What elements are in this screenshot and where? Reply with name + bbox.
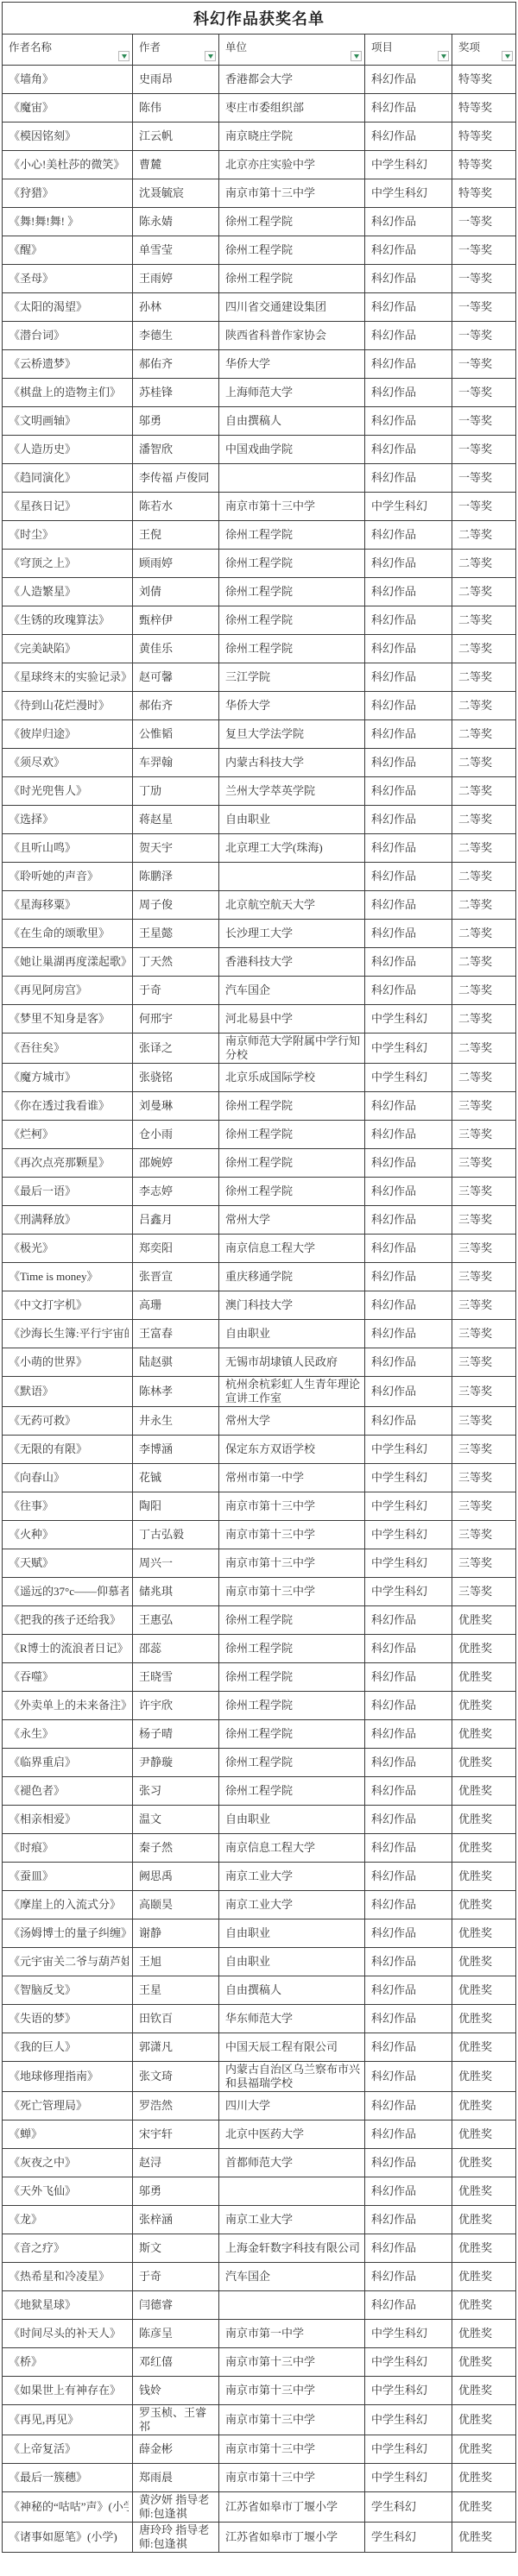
author-cell[interactable]: 郑奕阳: [133, 1235, 219, 1263]
award-cell[interactable]: 优胜奖: [452, 2149, 516, 2177]
org-cell[interactable]: 澳门科技大学: [219, 1291, 365, 1320]
award-cell[interactable]: 优胜奖: [452, 2492, 516, 2523]
award-cell[interactable]: 一等奖: [452, 265, 516, 293]
org-cell[interactable]: 北京乐成国际学校: [219, 1064, 365, 1092]
author-cell[interactable]: 斯文: [133, 2234, 219, 2263]
author-cell[interactable]: 沈聂毓宸: [133, 179, 219, 208]
project-cell[interactable]: 科幻作品: [365, 1606, 452, 1635]
author-cell[interactable]: 高颐昊: [133, 1891, 219, 1919]
org-cell[interactable]: 北京理工大学(珠海): [219, 834, 365, 863]
work-title-cell[interactable]: 《往事》: [3, 1492, 133, 1521]
work-title-cell[interactable]: 《舞!舞!舞! 》: [3, 208, 133, 236]
project-cell[interactable]: 科幻作品: [365, 920, 452, 948]
author-cell[interactable]: 尹静璇: [133, 1749, 219, 1777]
work-title-cell[interactable]: 《文明画轴》: [3, 407, 133, 436]
project-cell[interactable]: 科幻作品: [365, 863, 452, 891]
award-cell[interactable]: 三等奖: [452, 1263, 516, 1291]
project-cell[interactable]: 科幻作品: [365, 1976, 452, 2005]
author-cell[interactable]: 郭潇凡: [133, 2033, 219, 2062]
project-cell[interactable]: 科幻作品: [365, 1891, 452, 1919]
project-cell[interactable]: 科幻作品: [365, 1291, 452, 1320]
author-cell[interactable]: 陈林孝: [133, 1377, 219, 1407]
org-cell[interactable]: 南京市第十三中学: [219, 179, 365, 208]
award-cell[interactable]: 优胜奖: [452, 1948, 516, 1976]
award-cell[interactable]: 一等奖: [452, 236, 516, 265]
org-cell[interactable]: 自由职业: [219, 1919, 365, 1948]
work-title-cell[interactable]: 《热希星和冷凌星》: [3, 2263, 133, 2291]
author-cell[interactable]: 陆赵骐: [133, 1348, 219, 1377]
project-cell[interactable]: 科幻作品: [365, 663, 452, 692]
work-title-cell[interactable]: 《梦里不知身是客》: [3, 1005, 133, 1034]
work-title-cell[interactable]: 《最后一语》: [3, 1178, 133, 1206]
org-cell[interactable]: 常州市第一中学: [219, 1464, 365, 1492]
author-cell[interactable]: 李传福 卢俊同: [133, 464, 219, 493]
author-cell[interactable]: 史雨昂: [133, 66, 219, 94]
org-cell[interactable]: 自由撰稿人: [219, 1976, 365, 2005]
award-cell[interactable]: 三等奖: [452, 1521, 516, 1549]
work-title-cell[interactable]: 《地球修理指南》: [3, 2062, 133, 2092]
award-cell[interactable]: 三等奖: [452, 1320, 516, 1348]
work-title-cell[interactable]: 《中文打字机》: [3, 1291, 133, 1320]
author-cell[interactable]: 王富春: [133, 1320, 219, 1348]
author-cell[interactable]: 刘倩: [133, 578, 219, 606]
work-title-cell[interactable]: 《外卖单上的未来备注》: [3, 1692, 133, 1720]
project-cell[interactable]: 科幻作品: [365, 1092, 452, 1121]
award-cell[interactable]: 二等奖: [452, 806, 516, 834]
author-cell[interactable]: 张骁铭: [133, 1064, 219, 1092]
project-cell[interactable]: 中学生科幻: [365, 1492, 452, 1521]
org-cell[interactable]: 徐州工程学院: [219, 1149, 365, 1178]
award-cell[interactable]: 二等奖: [452, 692, 516, 720]
author-cell[interactable]: 黄汐妍 指导老师:包逢祺: [133, 2492, 219, 2523]
award-cell[interactable]: 优胜奖: [452, 2405, 516, 2435]
work-title-cell[interactable]: 《完美缺陷》: [3, 635, 133, 663]
work-title-cell[interactable]: 《我的巨人》: [3, 2033, 133, 2062]
project-cell[interactable]: 科幻作品: [365, 2149, 452, 2177]
award-cell[interactable]: 二等奖: [452, 749, 516, 777]
project-cell[interactable]: 中学生科幻: [365, 2435, 452, 2464]
work-title-cell[interactable]: 《潜台词》: [3, 322, 133, 350]
project-cell[interactable]: 学生科幻: [365, 2492, 452, 2523]
award-cell[interactable]: 优胜奖: [452, 1891, 516, 1919]
org-cell[interactable]: 长沙理工大学: [219, 920, 365, 948]
award-cell[interactable]: 优胜奖: [452, 1806, 516, 1834]
author-cell[interactable]: 陈伟: [133, 94, 219, 123]
work-title-cell[interactable]: 《无药可救》: [3, 1407, 133, 1436]
project-cell[interactable]: 科幻作品: [365, 578, 452, 606]
work-title-cell[interactable]: 《蝉》: [3, 2120, 133, 2149]
work-title-cell[interactable]: 《刑满释放》: [3, 1206, 133, 1235]
award-cell[interactable]: 一等奖: [452, 322, 516, 350]
author-cell[interactable]: 仓小雨: [133, 1121, 219, 1149]
work-title-cell[interactable]: 《汤姆博士的量子纠缠》: [3, 1919, 133, 1948]
org-cell[interactable]: 南京信息工程大学: [219, 1834, 365, 1863]
award-cell[interactable]: 三等奖: [452, 1407, 516, 1436]
work-title-cell[interactable]: 《吾往矣》: [3, 1034, 133, 1064]
work-title-cell[interactable]: 《再次点亮那颗星》: [3, 1149, 133, 1178]
award-cell[interactable]: 三等奖: [452, 1436, 516, 1464]
award-cell[interactable]: 优胜奖: [452, 2320, 516, 2348]
author-cell[interactable]: 薛金彬: [133, 2435, 219, 2464]
author-cell[interactable]: 王惠弘: [133, 1606, 219, 1635]
filter-button-organization[interactable]: [351, 51, 362, 61]
author-cell[interactable]: 王星懿: [133, 920, 219, 948]
org-cell[interactable]: 南京市第十三中学: [219, 2377, 365, 2405]
award-cell[interactable]: 优胜奖: [452, 1919, 516, 1948]
award-cell[interactable]: 一等奖: [452, 293, 516, 322]
award-cell[interactable]: 二等奖: [452, 550, 516, 578]
project-cell[interactable]: 科幻作品: [365, 94, 452, 123]
org-cell[interactable]: 保定东方双语学校: [219, 1436, 365, 1464]
project-cell[interactable]: 科幻作品: [365, 1377, 452, 1407]
project-cell[interactable]: 科幻作品: [365, 891, 452, 920]
author-cell[interactable]: 于奇: [133, 977, 219, 1005]
author-cell[interactable]: 闫德睿: [133, 2291, 219, 2320]
project-cell[interactable]: 中学生科幻: [365, 1005, 452, 1034]
org-cell[interactable]: 三江学院: [219, 663, 365, 692]
project-cell[interactable]: 科幻作品: [365, 1149, 452, 1178]
work-title-cell[interactable]: 《烂柯》: [3, 1121, 133, 1149]
project-cell[interactable]: 中学生科幻: [365, 2464, 452, 2492]
work-title-cell[interactable]: 《蚕皿》: [3, 1863, 133, 1891]
author-cell[interactable]: 郑雨晨: [133, 2464, 219, 2492]
award-cell[interactable]: 二等奖: [452, 920, 516, 948]
author-cell[interactable]: 谢静: [133, 1919, 219, 1948]
award-cell[interactable]: 一等奖: [452, 379, 516, 407]
work-title-cell[interactable]: 《把我的孩子还给我》: [3, 1606, 133, 1635]
author-cell[interactable]: 邓红僖: [133, 2348, 219, 2377]
award-cell[interactable]: 优胜奖: [452, 1834, 516, 1863]
work-title-cell[interactable]: 《圣母》: [3, 265, 133, 293]
project-cell[interactable]: 中学生科幻: [365, 1521, 452, 1549]
project-cell[interactable]: 科幻作品: [365, 2005, 452, 2033]
org-cell[interactable]: 徐州工程学院: [219, 1121, 365, 1149]
award-cell[interactable]: 二等奖: [452, 1034, 516, 1064]
project-cell[interactable]: 中学生科幻: [365, 2405, 452, 2435]
project-cell[interactable]: 科幻作品: [365, 1121, 452, 1149]
work-title-cell[interactable]: 《极光》: [3, 1235, 133, 1263]
work-title-cell[interactable]: 《穹顶之上》: [3, 550, 133, 578]
org-cell[interactable]: 中国天辰工程有限公司: [219, 2033, 365, 2062]
work-title-cell[interactable]: 《时痕》: [3, 1834, 133, 1863]
author-cell[interactable]: 秦子然: [133, 1834, 219, 1863]
org-cell[interactable]: 徐州工程学院: [219, 606, 365, 635]
author-cell[interactable]: 杨子晴: [133, 1720, 219, 1749]
author-cell[interactable]: 张文琦: [133, 2062, 219, 2092]
org-cell[interactable]: 自由撰稿人: [219, 407, 365, 436]
project-cell[interactable]: 科幻作品: [365, 1777, 452, 1806]
project-cell[interactable]: 科幻作品: [365, 948, 452, 977]
author-cell[interactable]: 李志婷: [133, 1178, 219, 1206]
award-cell[interactable]: 特等奖: [452, 179, 516, 208]
award-cell[interactable]: 优胜奖: [452, 2377, 516, 2405]
author-cell[interactable]: 赵浔: [133, 2149, 219, 2177]
project-cell[interactable]: 科幻作品: [365, 1919, 452, 1948]
work-title-cell[interactable]: 《默语》: [3, 1377, 133, 1407]
work-title-cell[interactable]: 《地狱星球》: [3, 2291, 133, 2320]
project-cell[interactable]: 科幻作品: [365, 834, 452, 863]
author-cell[interactable]: 邬勇: [133, 407, 219, 436]
org-cell[interactable]: 南京市第十三中学: [219, 1521, 365, 1549]
author-cell[interactable]: 王倪: [133, 521, 219, 550]
filter-button-author[interactable]: [205, 51, 216, 61]
author-cell[interactable]: 于奇: [133, 2263, 219, 2291]
author-cell[interactable]: 郝佑齐: [133, 692, 219, 720]
work-title-cell[interactable]: 《向春山》: [3, 1464, 133, 1492]
work-title-cell[interactable]: 《彼岸归途》: [3, 720, 133, 749]
award-cell[interactable]: 二等奖: [452, 977, 516, 1005]
project-cell[interactable]: 科幻作品: [365, 2033, 452, 2062]
work-title-cell[interactable]: 《待到山花烂漫时》: [3, 692, 133, 720]
award-cell[interactable]: 三等奖: [452, 1492, 516, 1521]
author-cell[interactable]: 井永生: [133, 1407, 219, 1436]
award-cell[interactable]: 二等奖: [452, 948, 516, 977]
work-title-cell[interactable]: 《相亲相爱》: [3, 1806, 133, 1834]
org-cell[interactable]: 徐州工程学院: [219, 1749, 365, 1777]
project-cell[interactable]: 科幻作品: [365, 1806, 452, 1834]
award-cell[interactable]: 优胜奖: [452, 2092, 516, 2120]
award-cell[interactable]: 二等奖: [452, 834, 516, 863]
work-title-cell[interactable]: 《临界重启》: [3, 1749, 133, 1777]
project-cell[interactable]: 科幻作品: [365, 2206, 452, 2234]
org-cell[interactable]: 徐州工程学院: [219, 236, 365, 265]
project-cell[interactable]: 科幻作品: [365, 407, 452, 436]
org-cell[interactable]: 南京工业大学: [219, 1891, 365, 1919]
award-cell[interactable]: 特等奖: [452, 123, 516, 151]
author-cell[interactable]: 阙思禹: [133, 1863, 219, 1891]
org-cell[interactable]: [219, 2291, 365, 2320]
author-cell[interactable]: 潘智欣: [133, 436, 219, 464]
work-title-cell[interactable]: 《星海移粟》: [3, 891, 133, 920]
project-cell[interactable]: 科幻作品: [365, 350, 452, 379]
award-cell[interactable]: 优胜奖: [452, 1635, 516, 1663]
org-cell[interactable]: 常州大学: [219, 1206, 365, 1235]
work-title-cell[interactable]: 《失语的梦》: [3, 2005, 133, 2033]
project-cell[interactable]: 科幻作品: [365, 521, 452, 550]
org-cell[interactable]: 南京市第十三中学: [219, 2435, 365, 2464]
award-cell[interactable]: 二等奖: [452, 578, 516, 606]
work-title-cell[interactable]: 《选择》: [3, 806, 133, 834]
award-cell[interactable]: 优胜奖: [452, 2348, 516, 2377]
org-cell[interactable]: 重庆移通学院: [219, 1263, 365, 1291]
award-cell[interactable]: 特等奖: [452, 151, 516, 179]
org-cell[interactable]: 徐州工程学院: [219, 635, 365, 663]
org-cell[interactable]: 徐州工程学院: [219, 550, 365, 578]
org-cell[interactable]: 复旦大学法学院: [219, 720, 365, 749]
award-cell[interactable]: 优胜奖: [452, 2177, 516, 2206]
award-cell[interactable]: 三等奖: [452, 1464, 516, 1492]
author-cell[interactable]: 吕鑫月: [133, 1206, 219, 1235]
org-cell[interactable]: 南京工业大学: [219, 2206, 365, 2234]
author-cell[interactable]: 顾雨婷: [133, 550, 219, 578]
org-cell[interactable]: 徐州工程学院: [219, 1777, 365, 1806]
work-title-cell[interactable]: 《你在透过我看谁》: [3, 1092, 133, 1121]
work-title-cell[interactable]: 《吞噬》: [3, 1663, 133, 1692]
award-cell[interactable]: 优胜奖: [452, 2523, 516, 2553]
author-cell[interactable]: 蒋赵星: [133, 806, 219, 834]
award-cell[interactable]: 优胜奖: [452, 1863, 516, 1891]
award-cell[interactable]: 一等奖: [452, 208, 516, 236]
project-cell[interactable]: 科幻作品: [365, 806, 452, 834]
org-cell[interactable]: 徐州工程学院: [219, 1635, 365, 1663]
org-cell[interactable]: 常州大学: [219, 1407, 365, 1436]
project-cell[interactable]: 科幻作品: [365, 2062, 452, 2092]
org-cell[interactable]: 陕西省科普作家协会: [219, 322, 365, 350]
work-title-cell[interactable]: 《褪色者》: [3, 1777, 133, 1806]
org-cell[interactable]: 南京市第十三中学: [219, 2405, 365, 2435]
award-cell[interactable]: 优胜奖: [452, 2435, 516, 2464]
org-cell[interactable]: 徐州工程学院: [219, 1663, 365, 1692]
award-cell[interactable]: 三等奖: [452, 1235, 516, 1263]
award-cell[interactable]: 优胜奖: [452, 1692, 516, 1720]
project-cell[interactable]: 科幻作品: [365, 1749, 452, 1777]
author-cell[interactable]: 王旭: [133, 1948, 219, 1976]
work-title-cell[interactable]: 《摩崖上的入流式分》: [3, 1891, 133, 1919]
author-cell[interactable]: 钱姈: [133, 2377, 219, 2405]
author-cell[interactable]: 王晓雪: [133, 1663, 219, 1692]
org-cell[interactable]: 徐州工程学院: [219, 1178, 365, 1206]
project-cell[interactable]: 中学生科幻: [365, 1549, 452, 1578]
author-cell[interactable]: 罗浩然: [133, 2092, 219, 2120]
org-cell[interactable]: 南京晓庄学院: [219, 123, 365, 151]
work-title-cell[interactable]: 《在生命的颂歌里》: [3, 920, 133, 948]
project-cell[interactable]: 科幻作品: [365, 2234, 452, 2263]
work-title-cell[interactable]: 《生锈的玫瑰算法》: [3, 606, 133, 635]
author-cell[interactable]: 甄梓伊: [133, 606, 219, 635]
project-cell[interactable]: 中学生科幻: [365, 2377, 452, 2405]
work-title-cell[interactable]: 《时间尽头的补天人》: [3, 2320, 133, 2348]
project-cell[interactable]: 中学生科幻: [365, 2320, 452, 2348]
org-cell[interactable]: 自由职业: [219, 806, 365, 834]
work-title-cell[interactable]: 《人造历史》: [3, 436, 133, 464]
project-cell[interactable]: 中学生科幻: [365, 1064, 452, 1092]
project-cell[interactable]: 科幻作品: [365, 1834, 452, 1863]
project-cell[interactable]: 科幻作品: [365, 2092, 452, 2120]
award-cell[interactable]: 优胜奖: [452, 2120, 516, 2149]
project-cell[interactable]: 中学生科幻: [365, 1436, 452, 1464]
project-cell[interactable]: 中学生科幻: [365, 1578, 452, 1606]
award-cell[interactable]: 三等奖: [452, 1206, 516, 1235]
work-title-cell[interactable]: 《神秘的“咕咕”声》(小学): [3, 2492, 133, 2523]
award-cell[interactable]: 三等奖: [452, 1092, 516, 1121]
project-cell[interactable]: 科幻作品: [365, 123, 452, 151]
award-cell[interactable]: 优胜奖: [452, 2234, 516, 2263]
author-cell[interactable]: 罗玉桢、王睿祁: [133, 2405, 219, 2435]
project-cell[interactable]: 科幻作品: [365, 1720, 452, 1749]
org-cell[interactable]: 上海师范大学: [219, 379, 365, 407]
author-cell[interactable]: 孙林: [133, 293, 219, 322]
org-cell[interactable]: 南京市第十三中学: [219, 1549, 365, 1578]
project-cell[interactable]: 科幻作品: [365, 1635, 452, 1663]
org-cell[interactable]: 江苏省如皋市丁堰小学: [219, 2523, 365, 2553]
work-title-cell[interactable]: 《太阳的渴望》: [3, 293, 133, 322]
org-cell[interactable]: 南京师范大学附属中学行知分校: [219, 1034, 365, 1064]
org-cell[interactable]: 香港科技大学: [219, 948, 365, 977]
award-cell[interactable]: 三等奖: [452, 1291, 516, 1320]
org-cell[interactable]: 南京市第十三中学: [219, 1578, 365, 1606]
project-cell[interactable]: 科幻作品: [365, 208, 452, 236]
org-cell[interactable]: 四川省交通建设集团: [219, 293, 365, 322]
author-cell[interactable]: 赵可馨: [133, 663, 219, 692]
org-cell[interactable]: 北京中医药大学: [219, 2120, 365, 2149]
work-title-cell[interactable]: 《小萌的世界》: [3, 1348, 133, 1377]
author-cell[interactable]: 李博涵: [133, 1436, 219, 1464]
work-title-cell[interactable]: 《死亡管理局》: [3, 2092, 133, 2120]
project-cell[interactable]: 科幻作品: [365, 293, 452, 322]
author-cell[interactable]: 江云帆: [133, 123, 219, 151]
award-cell[interactable]: 二等奖: [452, 1064, 516, 1092]
award-cell[interactable]: 二等奖: [452, 635, 516, 663]
award-cell[interactable]: 优胜奖: [452, 2206, 516, 2234]
work-title-cell[interactable]: 《云桥遗梦》: [3, 350, 133, 379]
project-cell[interactable]: 科幻作品: [365, 1863, 452, 1891]
project-cell[interactable]: 科幻作品: [365, 1235, 452, 1263]
author-cell[interactable]: 刘曼琳: [133, 1092, 219, 1121]
author-cell[interactable]: 公惟韬: [133, 720, 219, 749]
work-title-cell[interactable]: 《时光兜售人》: [3, 777, 133, 806]
org-cell[interactable]: 自由职业: [219, 1806, 365, 1834]
project-cell[interactable]: 科幻作品: [365, 1348, 452, 1377]
project-cell[interactable]: 科幻作品: [365, 720, 452, 749]
award-cell[interactable]: 一等奖: [452, 407, 516, 436]
org-cell[interactable]: 南京工业大学: [219, 1863, 365, 1891]
org-cell[interactable]: 上海金轩数字科技有限公司: [219, 2234, 365, 2263]
award-cell[interactable]: 优胜奖: [452, 1777, 516, 1806]
org-cell[interactable]: 四川大学: [219, 2092, 365, 2120]
project-cell[interactable]: 科幻作品: [365, 2263, 452, 2291]
filter-button-award[interactable]: [502, 51, 513, 61]
work-title-cell[interactable]: 《R博士的流浪者日记》: [3, 1635, 133, 1663]
award-cell[interactable]: 二等奖: [452, 663, 516, 692]
author-cell[interactable]: 陈鹏泽: [133, 863, 219, 891]
award-cell[interactable]: 二等奖: [452, 521, 516, 550]
work-title-cell[interactable]: 《须尽欢》: [3, 749, 133, 777]
author-cell[interactable]: 周子俊: [133, 891, 219, 920]
org-cell[interactable]: 内蒙古自治区乌兰察布市兴和县福瑞学校: [219, 2062, 365, 2092]
work-title-cell[interactable]: 《音之疗》: [3, 2234, 133, 2263]
project-cell[interactable]: 科幻作品: [365, 1692, 452, 1720]
award-cell[interactable]: 二等奖: [452, 777, 516, 806]
award-cell[interactable]: 一等奖: [452, 493, 516, 521]
award-cell[interactable]: 一等奖: [452, 350, 516, 379]
work-title-cell[interactable]: 《灰夜之中》: [3, 2149, 133, 2177]
project-cell[interactable]: 科幻作品: [365, 66, 452, 94]
org-cell[interactable]: 中国戏曲学院: [219, 436, 365, 464]
author-cell[interactable]: 邵蕊: [133, 1635, 219, 1663]
author-cell[interactable]: 唐玲玲 指导老师:包逢祺: [133, 2523, 219, 2553]
author-cell[interactable]: 邬勇: [133, 2177, 219, 2206]
author-cell[interactable]: 何邢宇: [133, 1005, 219, 1034]
author-cell[interactable]: 贺天宇: [133, 834, 219, 863]
org-cell[interactable]: 香港都会大学: [219, 66, 365, 94]
project-cell[interactable]: 中学生科幻: [365, 151, 452, 179]
org-cell[interactable]: 枣庄市委组织部: [219, 94, 365, 123]
award-cell[interactable]: 优胜奖: [452, 1749, 516, 1777]
author-cell[interactable]: 邵婉婷: [133, 1149, 219, 1178]
award-cell[interactable]: 优胜奖: [452, 2005, 516, 2033]
project-cell[interactable]: 科幻作品: [365, 1948, 452, 1976]
award-cell[interactable]: 优胜奖: [452, 2263, 516, 2291]
work-title-cell[interactable]: 《聆听她的声音》: [3, 863, 133, 891]
author-cell[interactable]: 田钦百: [133, 2005, 219, 2033]
work-title-cell[interactable]: 《诸事如愿笔》(小学): [3, 2523, 133, 2553]
work-title-cell[interactable]: 《火种》: [3, 1521, 133, 1549]
org-cell[interactable]: 徐州工程学院: [219, 1720, 365, 1749]
project-cell[interactable]: 科幻作品: [365, 464, 452, 493]
work-title-cell[interactable]: 《天赋》: [3, 1549, 133, 1578]
project-cell[interactable]: 中学生科幻: [365, 2348, 452, 2377]
org-cell[interactable]: 华侨大学: [219, 692, 365, 720]
